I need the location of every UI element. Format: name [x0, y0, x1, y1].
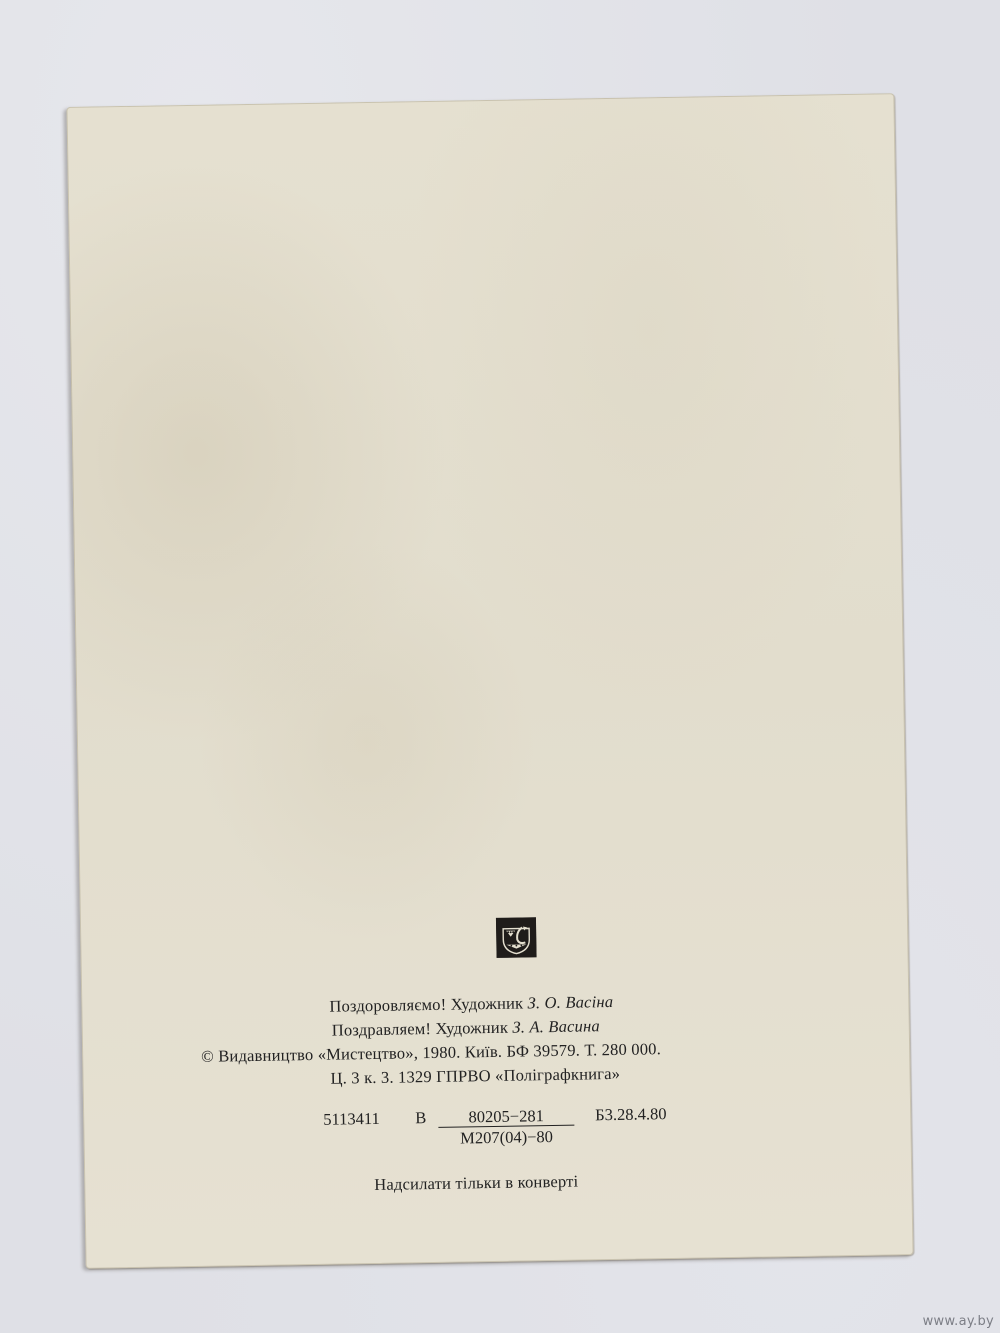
postcard-back: Поздоровляємо! Художник З. О. Васіна Поз…: [66, 93, 913, 1269]
publisher-logo-icon: [496, 917, 537, 958]
plan-code: Б3.28.4.80: [595, 1104, 667, 1125]
greeting-russian-text: Поздравляем! Художник: [332, 1018, 513, 1040]
catalog-fraction: 80205−281 М207(04)−80: [438, 1106, 575, 1150]
fraction-denominator: М207(04)−80: [438, 1126, 574, 1150]
greeting-ukrainian: Поздоровляємо! Художник З. О. Васіна: [329, 992, 613, 1017]
publisher-copyright: © Видавництво «Мистецтво», 1980. Київ. Б…: [201, 1039, 661, 1067]
fraction-numerator: 80205−281: [438, 1106, 574, 1128]
catalog-letter: В: [415, 1108, 426, 1128]
greeting-ukrainian-text: Поздоровляємо! Художник: [329, 993, 528, 1015]
greeting-russian: Поздравляем! Художник З. А. Васина: [332, 1016, 600, 1040]
artist-name-ukrainian: З. О. Васіна: [527, 992, 613, 1012]
print-details: Ц. 3 к. 3. 1329 ГПРВО «Поліграфкнига»: [330, 1064, 620, 1089]
site-watermark: www.ay.by: [923, 1314, 994, 1329]
catalog-number: 5113411: [323, 1109, 380, 1130]
artist-name-russian: З. А. Васина: [512, 1016, 600, 1036]
envelope-notice: Надсилати тільки в конверті: [374, 1172, 578, 1195]
publisher-imprint: Поздоровляємо! Художник З. О. Васіна Поз…: [80, 911, 908, 925]
